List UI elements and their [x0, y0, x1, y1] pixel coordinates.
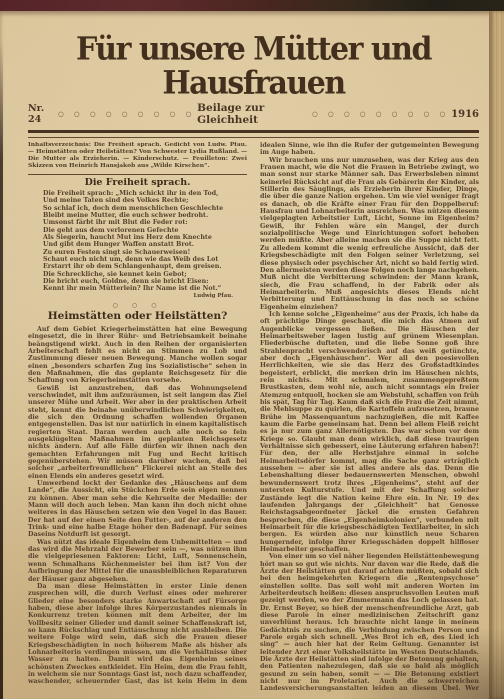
poem-author: Ludwig Pfau. [28, 293, 233, 300]
issue-line: Nr. 24 ○ ○ ○ ○ ○ ○ ○ ○ ○ Beilage zur Gle… [28, 102, 479, 126]
poem: Die Freiheit sprach: „Mich schickt ihr i… [43, 190, 247, 293]
poem-line: Die geht aus dem verlorenen Gefechte [43, 227, 247, 234]
poem-line: So schlaf ich, doch dem menschlichen Ges… [43, 205, 247, 212]
section-divider-icon: ○ ○ ○ [28, 302, 247, 309]
poem-line: Schaut euch nicht um, denn wie das Weib … [43, 256, 247, 263]
poem-line: Die Schreckliche, sie kennet kein Gebot; [43, 271, 247, 278]
ornament-circles-icon: ○ ○ ○ ○ ○ ○ ○ ○ ○ [310, 110, 451, 118]
article-paragraph: Ich kenne solche „Eigenheime“ aus der Pr… [260, 311, 479, 553]
poem-line: Umsonst färbt ihr mit Blut die Feder rot… [43, 219, 247, 226]
toc-rule [28, 174, 247, 175]
article-paragraph: Wir brauchen uns nur umzusehen, was der … [260, 157, 479, 311]
poem-line: Und gibt dem Hunger Waffen anstatt Brot. [43, 241, 247, 248]
poem-line: Bleibt meine Mutter, die euch schwer bed… [43, 212, 247, 219]
poem-title: Die Freiheit sprach. [28, 179, 247, 186]
article-paragraph: Gewiß ist anzustreben, daß das Wohnungse… [28, 385, 247, 480]
poem-line: Die bricht euch, Goldne, denn sie bricht… [43, 278, 247, 285]
corner-shadow [274, 589, 504, 699]
poem-line: Erstarrt ihr ob dem Schlangenhaupt, dem … [43, 263, 247, 270]
poem-line: Die Freiheit sprach: „Mich schickt ihr i… [43, 190, 247, 197]
poem-line: Als Siegerin, haucht Mut ins Herz dem Kn… [43, 234, 247, 241]
poem-line: Und meine Taten sind des Volkes Rechte; [43, 197, 247, 204]
article-paragraph: Umwerbend lockt der Gedanke des „Häusche… [28, 480, 247, 539]
issue-number: Nr. 24 [28, 103, 56, 125]
issue-year: 1916 [451, 109, 479, 120]
ornament-circles-icon: ○ ○ ○ ○ ○ ○ ○ ○ ○ [56, 110, 197, 118]
scanned-newspaper-photo: Für unsere Mütter und Hausfrauen Nr. 24 … [0, 0, 504, 699]
masthead-rule-thick [28, 130, 479, 133]
article-paragraph: Was nützt das ideale Eigenheim dem Unbem… [28, 539, 247, 583]
poem-line: Kennt ihr mein Mütterlein? Ihr Name ist … [43, 285, 247, 292]
masthead-subtitle: Beilage zur Gleichheit [197, 102, 310, 126]
article-title: Heimstätten oder Heilstätten? [28, 313, 247, 320]
table-of-contents: Inhaltsverzeichnis: Die Freiheit sprach.… [28, 142, 247, 170]
masthead-title: Für unsere Mütter und Hausfrauen [28, 33, 479, 101]
poem-line: Zu euren Festen singt sie Schauerweisen! [43, 249, 247, 256]
page-left-edge [0, 42, 3, 699]
article-paragraph: Auf dem Gebiet Kriegerheimstätten hat ei… [28, 326, 247, 385]
masthead-rule-thin [28, 137, 479, 138]
